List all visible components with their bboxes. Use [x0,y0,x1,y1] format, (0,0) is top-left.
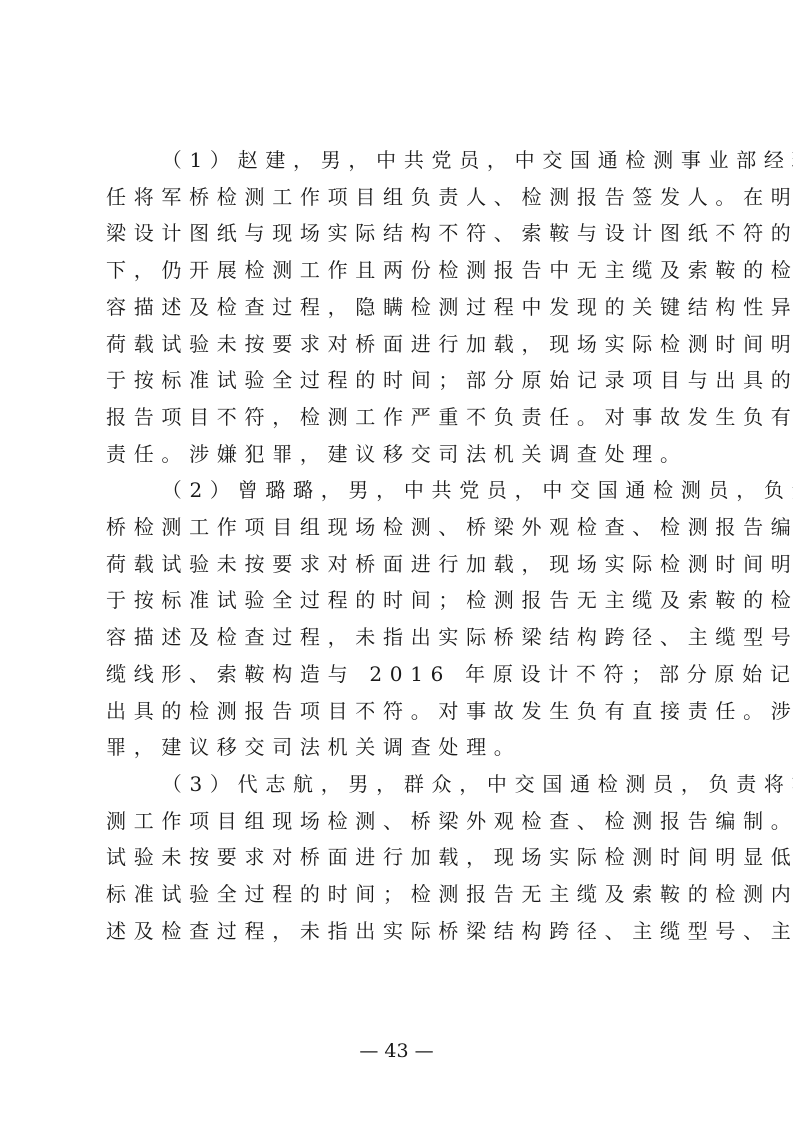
text-line: 责任。涉嫌犯罪，建议移交司法机关调查处理。 [106,436,692,473]
paragraph-3: （3）代志航，男，群众，中交国通检测员，负责将军桥检 测工作项目组现场检测、桥梁… [106,766,692,950]
text-line: 测工作项目组现场检测、桥梁外观检查、检测报告编制。荷载 [106,803,692,840]
paragraph-1: （1）赵建，男，中共党员，中交国通检测事业部经理，担 任将军桥检测工作项目组负责… [106,142,692,472]
text-line: 容描述及检查过程，隐瞒检测过程中发现的关键结构性异常； [106,289,692,326]
text-line: 于按标准试验全过程的时间；部分原始记录项目与出具的检测 [106,362,692,399]
text-line: 桥检测工作项目组现场检测、桥梁外观检查、检测报告编制。 [106,509,692,546]
text-line: 试验未按要求对桥面进行加载，现场实际检测时间明显低于按 [106,839,692,876]
text-line: 标准试验全过程的时间；检测报告无主缆及索鞍的检测内容描 [106,876,692,913]
text-line: 梁设计图纸与现场实际结构不符、索鞍与设计图纸不符的情况 [106,215,692,252]
text-line: 荷载试验未按要求对桥面进行加载，现场实际检测时间明显低 [106,326,692,363]
text-line: （1）赵建，男，中共党员，中交国通检测事业部经理，担 [106,142,692,179]
document-page: （1）赵建，男，中共党员，中交国通检测事业部经理，担 任将军桥检测工作项目组负责… [0,0,793,1122]
text-line: 罪，建议移交司法机关调查处理。 [106,729,692,766]
text-line: 于按标准试验全过程的时间；检测报告无主缆及索鞍的检测内 [106,582,692,619]
paragraph-2: （2）曾璐璐，男，中共党员，中交国通检测员，负责将军 桥检测工作项目组现场检测、… [106,472,692,766]
page-number: — 43 — [0,1040,793,1062]
text-line: 荷载试验未按要求对桥面进行加载，现场实际检测时间明显低 [106,546,692,583]
text-line: 报告项目不符，检测工作严重不负责任。对事故发生负有直接 [106,399,692,436]
text-line: 任将军桥检测工作项目组负责人、检测报告签发人。在明知桥 [106,179,692,216]
text-line: 容描述及检查过程，未指出实际桥梁结构跨径、主缆型号、主 [106,619,692,656]
text-line: （2）曾璐璐，男，中共党员，中交国通检测员，负责将军 [106,472,692,509]
document-body: （1）赵建，男，中共党员，中交国通检测事业部经理，担 任将军桥检测工作项目组负责… [106,142,692,949]
text-line: 缆线形、索鞍构造与 2016 年原设计不符；部分原始记录项目与 [106,656,692,693]
text-line: 出具的检测报告项目不符。对事故发生负有直接责任。涉嫌犯 [106,693,692,730]
text-line: （3）代志航，男，群众，中交国通检测员，负责将军桥检 [106,766,692,803]
text-line: 述及检查过程，未指出实际桥梁结构跨径、主缆型号、主缆线 [106,913,692,950]
text-line: 下，仍开展检测工作且两份检测报告中无主缆及索鞍的检测内 [106,252,692,289]
